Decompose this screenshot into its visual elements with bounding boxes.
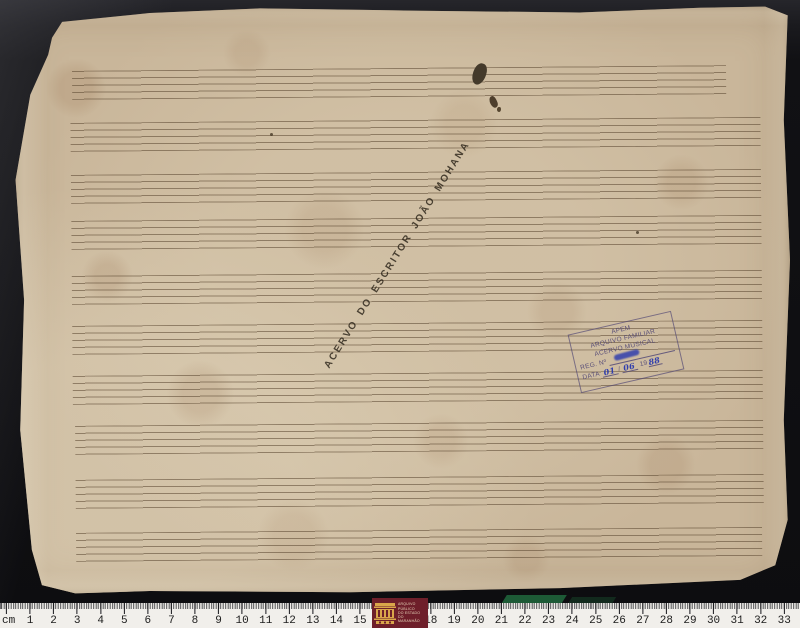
ruler-number: 8 — [192, 615, 199, 627]
ruler-number: 23 — [542, 615, 555, 627]
ruler-number: 21 — [495, 615, 508, 627]
ruler-number: 2 — [50, 615, 57, 627]
ruler-number: 32 — [754, 615, 767, 627]
staff-system — [70, 117, 760, 152]
ruler-number: 10 — [236, 615, 249, 627]
logo-text: ARQUIVOPÚBLICODO ESTADODO MARANHÃO — [398, 602, 426, 623]
ruler-number: 14 — [330, 615, 343, 627]
ruler-number: 4 — [97, 615, 104, 627]
paper-speck — [636, 231, 639, 234]
ruler-number: 13 — [306, 615, 319, 627]
ruler-number: 1 — [27, 615, 34, 627]
ruler-unit-label: cm — [2, 615, 15, 627]
ruler-number: 28 — [660, 615, 673, 627]
staff-system — [76, 527, 762, 562]
staff-system — [76, 474, 764, 509]
ruler-number: 26 — [613, 615, 626, 627]
logo-text-line: DO MARANHÃO — [398, 615, 426, 623]
handwritten-month: 06 — [622, 360, 636, 372]
ruler-number: 24 — [566, 615, 579, 627]
stamp-date-year-blank: 88 — [647, 355, 663, 367]
staff-system — [72, 65, 726, 100]
staff-system — [71, 169, 761, 204]
ruler-number: 30 — [707, 615, 720, 627]
ruler-number: 3 — [74, 615, 81, 627]
ruler-number: 19 — [448, 615, 461, 627]
ruler-number: 9 — [215, 615, 222, 627]
scan-background: ACERVO DO ESCRITOR JOÃO MOHANA APEM ARQU… — [0, 0, 800, 628]
staff-system — [72, 270, 762, 305]
ruler-number: 15 — [353, 615, 366, 627]
ruler-number: 25 — [589, 615, 602, 627]
ruler-number: 7 — [168, 615, 175, 627]
ruler-number: 27 — [636, 615, 649, 627]
ruler-number: 5 — [121, 615, 128, 627]
ruler-number: 11 — [259, 615, 272, 627]
ruler-number: 6 — [145, 615, 152, 627]
ruler-number: 20 — [471, 615, 484, 627]
stamp-date-month-blank: 06 — [620, 361, 638, 373]
handwritten-year: 88 — [647, 355, 661, 367]
handwritten-day: 01 — [603, 365, 617, 377]
archive-logo: ARQUIVOPÚBLICODO ESTADODO MARANHÃO — [372, 598, 428, 628]
ruler-number: 22 — [518, 615, 531, 627]
ruler-number: 12 — [283, 615, 296, 627]
paper-speck — [270, 133, 273, 136]
ruler-number: 29 — [683, 615, 696, 627]
ruler-number: 31 — [731, 615, 744, 627]
staves — [0, 0, 800, 628]
staff-system — [75, 420, 763, 455]
building-icon — [374, 601, 396, 625]
ruler-number: 33 — [778, 615, 791, 627]
stamp-date-day-blank: 01 — [601, 366, 619, 378]
